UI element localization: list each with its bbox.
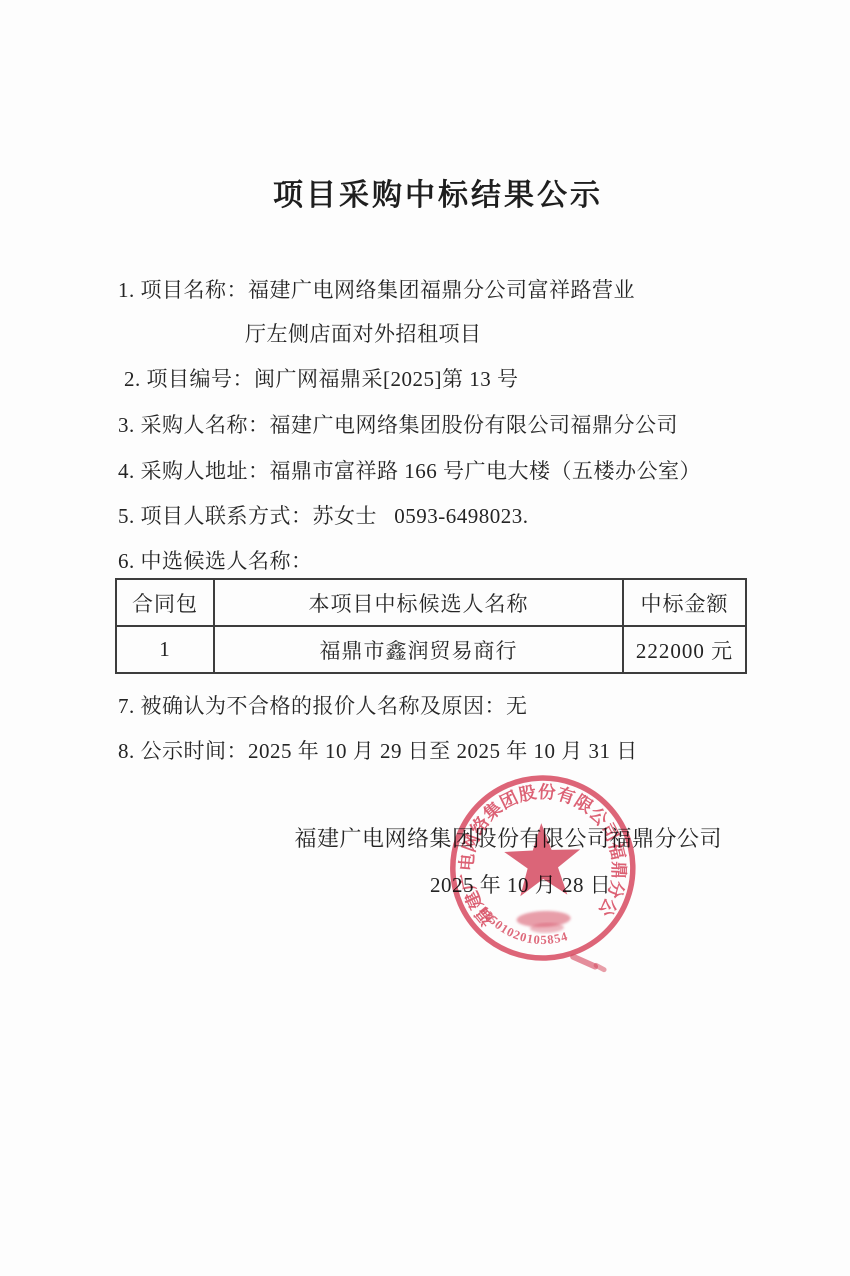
signature-date: 2025 年 10 月 28 日 xyxy=(430,869,611,899)
item-project-name: 1. 项目名称：福建广电网络集团福鼎分公司富祥路营业 xyxy=(118,274,635,304)
cell-contract-package: 1 xyxy=(116,626,214,673)
item-publicity-period: 8. 公示时间：2025 年 10 月 29 日至 2025 年 10 月 31… xyxy=(118,735,638,765)
col-header-bid-amount: 中标金额 xyxy=(623,579,746,626)
item-disqualified: 7. 被确认为不合格的报价人名称及原因：无 xyxy=(118,690,528,720)
item-purchaser-name: 3. 采购人名称：福建广电网络集团股份有限公司福鼎分公司 xyxy=(118,409,678,439)
item-project-number: 2. 项目编号：闽广网福鼎采[2025]第 13 号 xyxy=(124,363,519,393)
seal-center-smudge-2 xyxy=(530,922,564,933)
table-header-row: 合同包 本项目中标候选人名称 中标金额 xyxy=(116,579,746,626)
cell-bid-amount: 222000 元 xyxy=(623,626,746,673)
item-contact: 5. 项目人联系方式：苏女士 0593-6498023. xyxy=(118,500,529,530)
seal-ink-smudge-2 xyxy=(593,962,608,973)
table-row: 1 福鼎市鑫润贸易商行 222000 元 xyxy=(116,626,746,673)
col-header-contract-package: 合同包 xyxy=(116,579,214,626)
page-title: 项目采购中标结果公示 xyxy=(0,170,850,214)
stamp-code-text: 13501020105854 xyxy=(477,901,570,950)
col-header-candidate-name: 本项目中标候选人名称 xyxy=(214,579,623,626)
seal-ink-smudge xyxy=(569,953,599,971)
item-candidates-heading: 6. 中选候选人名称： xyxy=(118,545,313,575)
cell-candidate-name: 福鼎市鑫润贸易商行 xyxy=(214,626,623,673)
item-purchaser-address: 4. 采购人地址：福鼎市富祥路 166 号广电大楼（五楼办公室） xyxy=(118,455,701,485)
item-project-name-line2: 厅左侧店面对外招租项目 xyxy=(245,318,482,348)
seal-center-smudge xyxy=(516,910,571,928)
signature-company: 福建广电网络集团股份有限公司福鼎分公司 xyxy=(0,822,722,853)
document-page: 项目采购中标结果公示 1. 项目名称：福建广电网络集团福鼎分公司富祥路营业 厅左… xyxy=(0,0,850,1276)
bid-result-table: 合同包 本项目中标候选人名称 中标金额 1 福鼎市鑫润贸易商行 222000 元 xyxy=(115,578,747,674)
svg-text:13501020105854: 13501020105854 xyxy=(477,901,570,950)
